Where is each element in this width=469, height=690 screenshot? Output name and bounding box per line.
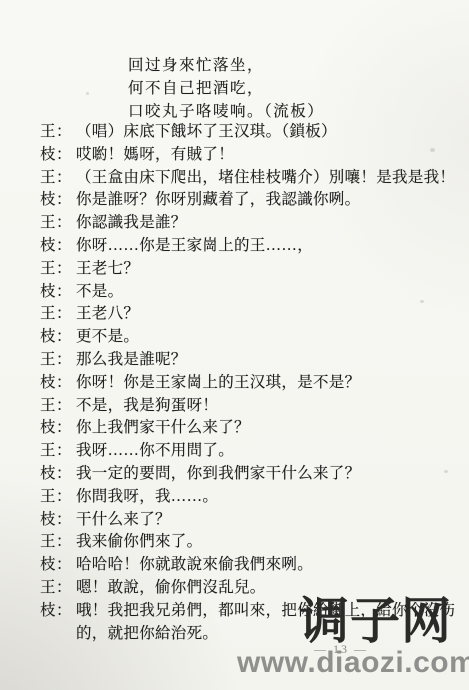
speaker-label: 枝：: [40, 235, 76, 258]
dialogue-text: 王老八？: [76, 303, 461, 326]
dialogue-text: 我一定的要問，你到我們家干什么来了？: [76, 463, 461, 486]
speaker-label: 枝：: [40, 144, 76, 167]
dialogue-line: 枝：你呀……你是王家崗上的王……，: [40, 235, 461, 258]
speaker-label: 王：: [40, 486, 76, 509]
dialogue-line: 枝：我一定的要問，你到我們家干什么来了？: [40, 463, 461, 486]
dialogue-line: 枝：不是。: [40, 281, 461, 304]
speaker-label: 王：: [40, 531, 76, 554]
speaker-label: 王：: [40, 167, 76, 190]
scan-speck: [86, 92, 89, 95]
speaker-label: 枝：: [40, 600, 76, 623]
speaker-label: 枝：: [40, 554, 76, 577]
speaker-label: 枝：: [40, 417, 76, 440]
speaker-label: 王：: [40, 349, 76, 372]
speaker-label: 枝：: [40, 189, 76, 212]
speaker-label: 枝：: [40, 326, 76, 349]
speaker-label: 枝：: [40, 281, 76, 304]
scan-speck: [444, 470, 448, 473]
dialogue-line: 枝：你上我們家干什么来了？: [40, 417, 461, 440]
speaker-label: 王：: [40, 212, 76, 235]
watermark-site-url: www.diaozi.com: [237, 646, 469, 680]
scan-speck: [430, 148, 435, 152]
dialogue-text: 王老七？: [76, 258, 461, 281]
dialogue-text: 不是。: [76, 281, 461, 304]
speaker-label: 王：: [40, 258, 76, 281]
dialogue-text: 干什么来了？: [76, 509, 461, 532]
dialogue-line: 枝：你是誰呀？你呀別藏着了，我認識你咧。: [40, 189, 461, 212]
dialogue-text: 不是，我是狗蛋呀！: [76, 395, 461, 418]
dialogue-line: 王：我来偷你們來了。: [40, 531, 461, 554]
dialogue-text: 哎喲！媽呀，有賊了！: [76, 144, 461, 167]
dialogue-line: 王：不是，我是狗蛋呀！: [40, 395, 461, 418]
dialogue-text: 那么我是誰呢？: [76, 349, 461, 372]
dialogue-text: 你上我們家干什么来了？: [76, 417, 461, 440]
scan-speck: [420, 300, 424, 303]
verse-line: 回过身來忙落坐，: [128, 54, 324, 77]
scanned-script-page: 回过身來忙落坐， 何不自己把酒吃， 口咬丸子咯唛响。（流板） 王：（唱）床底下餓…: [0, 0, 469, 690]
verse-block: 回过身來忙落坐， 何不自己把酒吃， 口咬丸子咯唛响。（流板）: [128, 54, 324, 123]
dialogue-text: （王盒由床下爬出，堵住桂枝嘴介）別嚷！是我是我！: [76, 167, 461, 190]
dialogue-line: 枝：哈哈哈！你就敢說來偷我們來咧。: [40, 554, 461, 577]
speaker-label: 王：: [40, 577, 76, 600]
dialogue-text: 我来偷你們來了。: [76, 531, 461, 554]
speaker-label: 王：: [40, 121, 76, 144]
dialogue-line: 王：（王盒由床下爬出，堵住桂枝嘴介）別嚷！是我是我！: [40, 167, 461, 190]
dialogue-line: 王：王老八？: [40, 303, 461, 326]
dialogue-block: 王：（唱）床底下餓坏了王汉琪。（鎖板）枝：哎喲！媽呀，有賊了！王：（王盒由床下爬…: [40, 121, 461, 645]
dialogue-text: 你呀！你是王家崗上的王汉琪，是不是？: [76, 372, 461, 395]
dialogue-text: 更不是。: [76, 326, 461, 349]
speaker-label: 王：: [40, 440, 76, 463]
dialogue-text: 你問我呀，我……。: [76, 486, 461, 509]
dialogue-text: 你認識我是誰？: [76, 212, 461, 235]
speaker-label: 枝：: [40, 509, 76, 532]
verse-line: 口咬丸子咯唛响。（流板）: [128, 100, 324, 123]
dialogue-line: 王：（唱）床底下餓坏了王汉琪。（鎖板）: [40, 121, 461, 144]
dialogue-line: 王：你認識我是誰？: [40, 212, 461, 235]
speaker-label: 枝：: [40, 463, 76, 486]
dialogue-text: 你是誰呀？你呀別藏着了，我認識你咧。: [76, 189, 461, 212]
dialogue-text: 哈哈哈！你就敢說來偷我們來咧。: [76, 554, 461, 577]
dialogue-line: 王：你問我呀，我……。: [40, 486, 461, 509]
dialogue-text: 你呀……你是王家崗上的王……，: [76, 235, 461, 258]
dialogue-line: 王：我呀……你不用問了。: [40, 440, 461, 463]
dialogue-text: 我呀……你不用問了。: [76, 440, 461, 463]
watermark-site-name: 调子网: [299, 594, 452, 648]
verse-line: 何不自己把酒吃，: [128, 77, 324, 100]
dialogue-line: 枝：更不是。: [40, 326, 461, 349]
dialogue-text: （唱）床底下餓坏了王汉琪。（鎖板）: [76, 121, 461, 144]
dialogue-line: 枝：哎喲！媽呀，有賊了！: [40, 144, 461, 167]
dialogue-line: 枝：干什么来了？: [40, 509, 461, 532]
speaker-label: 枝：: [40, 372, 76, 395]
dialogue-line: 王：那么我是誰呢？: [40, 349, 461, 372]
dialogue-line: 枝：你呀！你是王家崗上的王汉琪，是不是？: [40, 372, 461, 395]
speaker-label: 王：: [40, 395, 76, 418]
dialogue-line: 王：王老七？: [40, 258, 461, 281]
speaker-label: 王：: [40, 303, 76, 326]
